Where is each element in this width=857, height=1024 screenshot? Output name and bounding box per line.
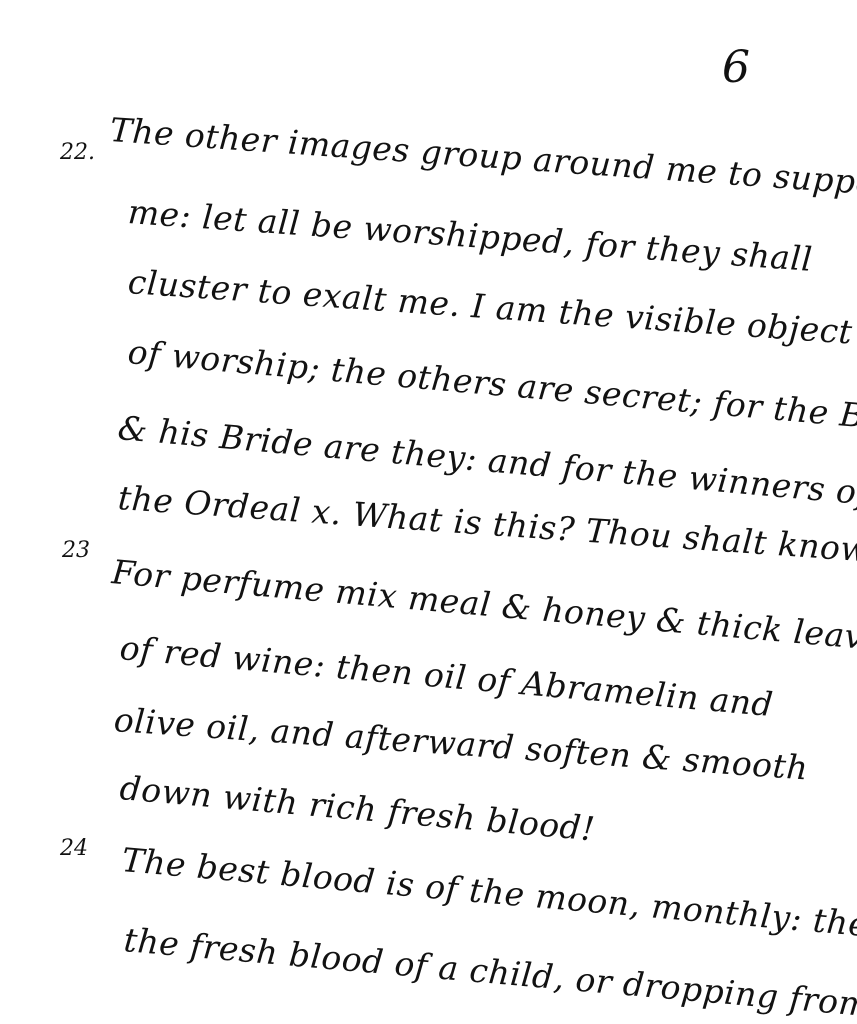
verse-number-23: 23 — [62, 538, 90, 563]
verse-number-24: 24 — [60, 836, 88, 861]
page-number: 6 — [722, 42, 750, 93]
verse-22-line-3: cluster to exalt me. I am the visible ob… — [127, 262, 854, 352]
verse-22-line-1: The other images group around me to supp… — [109, 110, 857, 205]
manuscript-page: 6 22. The other images group around me t… — [0, 0, 857, 1024]
verse-23-line-4: down with rich fresh blood! — [118, 768, 596, 848]
verse-24-line-2: the fresh blood of a child, or dropping … — [122, 920, 857, 1024]
verse-22-line-2: me: let all be worshipped, for they shal… — [127, 192, 814, 279]
verse-number-22: 22. — [60, 140, 95, 165]
